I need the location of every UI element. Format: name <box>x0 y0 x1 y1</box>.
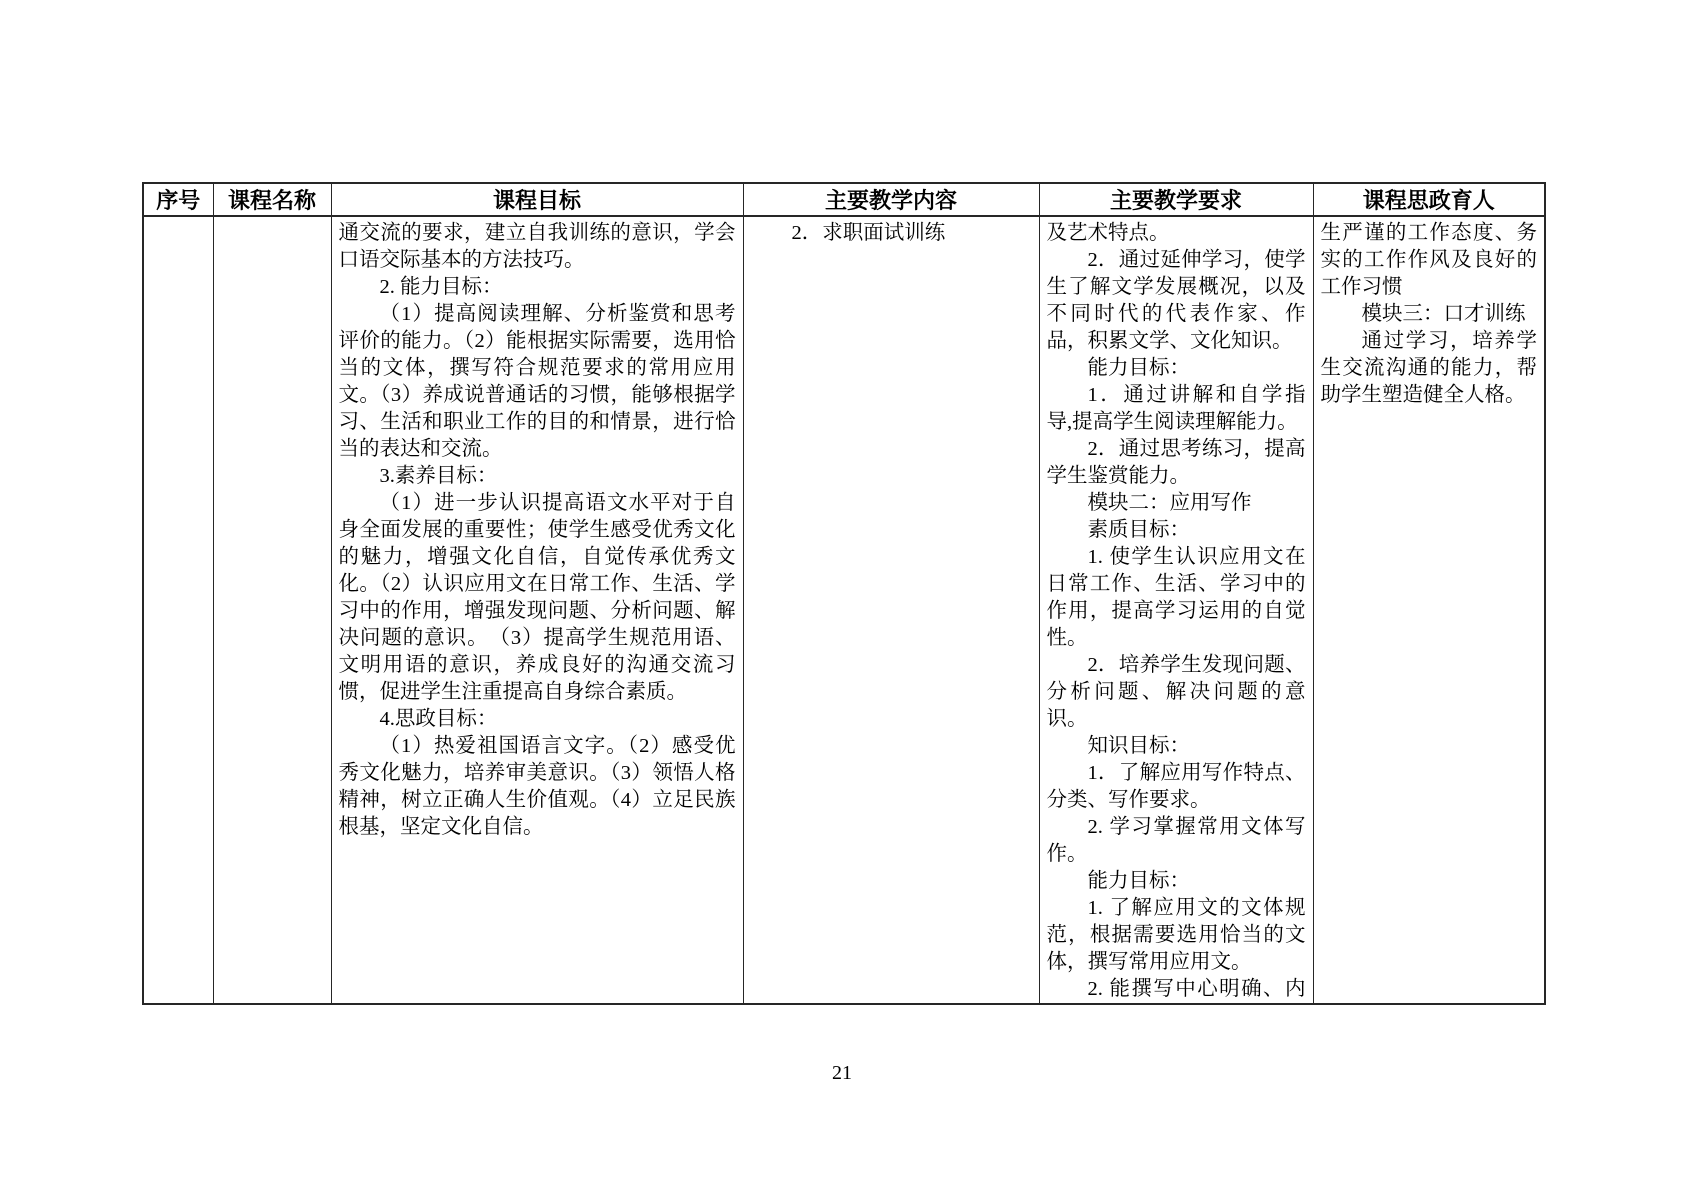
paragraph: 1. 了解应用文的文体规范，根据需要选用恰当的文体，撰写常用应用文。 <box>1047 895 1306 976</box>
column-header-objectives: 课程目标 <box>331 183 743 216</box>
paragraph: 通过学习，培养学生交流沟通的能力，帮助学生塑造健全人格。 <box>1321 328 1538 409</box>
paragraph: 1．了解应用写作特点、分类、写作要求。 <box>1047 760 1306 814</box>
paragraph: （1）热爱祖国语言文字。（2）感受优秀文化魅力，培养审美意识。（3）领悟人格精神… <box>339 733 736 841</box>
cell-course-objectives: 通交流的要求，建立自我训练的意识，学会口语交际基本的方法技巧。2. 能力目标：（… <box>331 216 743 1004</box>
cell-teaching-requirements: 及艺术特点。2．通过延伸学习，使学生了解文学发展概况，以及不同时代的代表作家、作… <box>1039 216 1313 1004</box>
ideology-text: 生严谨的工作态度、务实的工作作风及良好的工作习惯模块三：口才训练通过学习，培养学… <box>1321 220 1538 1003</box>
cell-course-name <box>213 216 331 1004</box>
paragraph: 2．求职面试训练 <box>751 220 1032 247</box>
cell-teaching-content: 2．求职面试训练 <box>743 216 1039 1004</box>
paragraph: 能力目标： <box>1047 355 1306 382</box>
paragraph: 2．通过思考练习，提高学生鉴赏能力。 <box>1047 436 1306 490</box>
document-page: 序号 课程名称 课程目标 主要教学内容 主要教学要求 课程思政育人 通交流的要求… <box>0 0 1684 1191</box>
teaching-requirements-text: 及艺术特点。2．通过延伸学习，使学生了解文学发展概况，以及不同时代的代表作家、作… <box>1047 220 1306 1003</box>
paragraph: （1）进一步认识提高语文水平对于自身全面发展的重要性；使学生感受优秀文化的魅力，… <box>339 490 736 706</box>
column-header-teaching-content: 主要教学内容 <box>743 183 1039 216</box>
course-overview-table: 序号 课程名称 课程目标 主要教学内容 主要教学要求 课程思政育人 通交流的要求… <box>142 182 1546 1005</box>
paragraph: 2. 学习掌握常用文体写作。 <box>1047 814 1306 868</box>
paragraph: 3.素养目标： <box>339 463 736 490</box>
paragraph: 2. 能力目标： <box>339 274 736 301</box>
teaching-content-text: 2．求职面试训练 <box>751 220 1032 1003</box>
cell-ideology: 生严谨的工作态度、务实的工作作风及良好的工作习惯模块三：口才训练通过学习，培养学… <box>1313 216 1545 1004</box>
column-header-ideology: 课程思政育人 <box>1313 183 1545 216</box>
page-number: 21 <box>0 1062 1684 1085</box>
paragraph: 生严谨的工作态度、务实的工作作风及良好的工作习惯 <box>1321 220 1538 301</box>
paragraph: 2. 能撰写中心明确、内容充实、结构完整、语言通 <box>1047 976 1306 1003</box>
paragraph: 模块二：应用写作 <box>1047 490 1306 517</box>
paragraph: 2．培养学生发现问题、分析问题、解决问题的意识。 <box>1047 652 1306 733</box>
column-header-course-name: 课程名称 <box>213 183 331 216</box>
course-objectives-text: 通交流的要求，建立自我训练的意识，学会口语交际基本的方法技巧。2. 能力目标：（… <box>339 220 736 1003</box>
paragraph: 知识目标： <box>1047 733 1306 760</box>
table-row: 通交流的要求，建立自我训练的意识，学会口语交际基本的方法技巧。2. 能力目标：（… <box>143 216 1545 1004</box>
paragraph: 4.思政目标： <box>339 706 736 733</box>
paragraph: 通交流的要求，建立自我训练的意识，学会口语交际基本的方法技巧。 <box>339 220 736 274</box>
column-header-teaching-requirements: 主要教学要求 <box>1039 183 1313 216</box>
paragraph: （1）提高阅读理解、分析鉴赏和思考评价的能力。（2）能根据实际需要，选用恰当的文… <box>339 301 736 463</box>
paragraph: 模块三：口才训练 <box>1321 301 1538 328</box>
paragraph: 及艺术特点。 <box>1047 220 1306 247</box>
column-header-seq: 序号 <box>143 183 213 216</box>
paragraph: 素质目标： <box>1047 517 1306 544</box>
paragraph: 1．通过讲解和自学指导,提高学生阅读理解能力。 <box>1047 382 1306 436</box>
table-header-row: 序号 课程名称 课程目标 主要教学内容 主要教学要求 课程思政育人 <box>143 183 1545 216</box>
cell-seq <box>143 216 213 1004</box>
cell-seq-text <box>151 220 206 1003</box>
cell-course-name-text <box>221 220 324 1003</box>
paragraph: 能力目标： <box>1047 868 1306 895</box>
paragraph: 1. 使学生认识应用文在日常工作、生活、学习中的作用，提高学习运用的自觉性。 <box>1047 544 1306 652</box>
paragraph: 2．通过延伸学习，使学生了解文学发展概况，以及不同时代的代表作家、作品，积累文学… <box>1047 247 1306 355</box>
